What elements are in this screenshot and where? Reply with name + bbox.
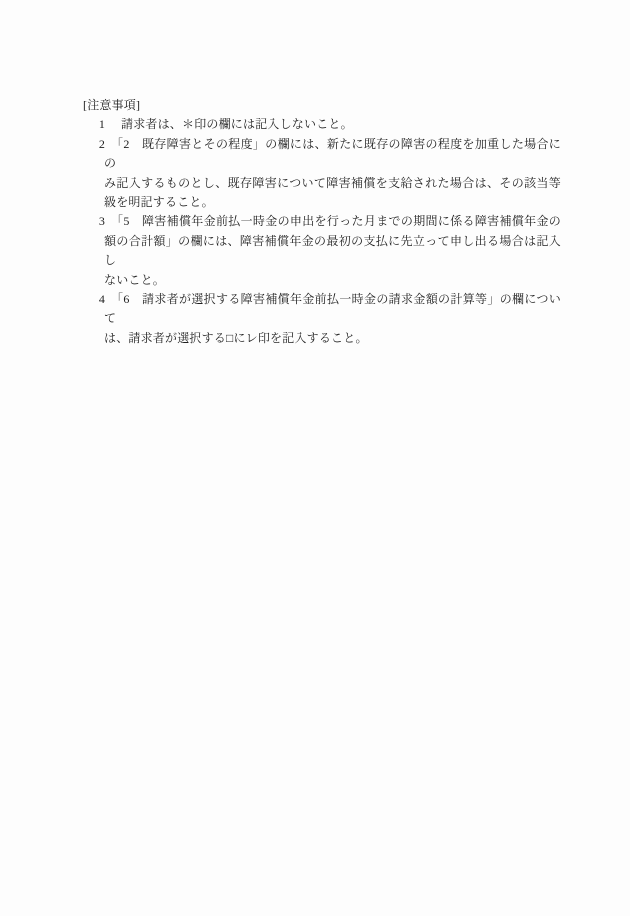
note-item-number: 1 — [95, 115, 109, 134]
document-page: [注意事項] 1 請求者は、＊印の欄には記入しないこと。 2 「2 既存障害とそ… — [0, 0, 630, 916]
note-line: 「6 請求者が選択する障害補償年金前払一時金の請求金額の計算等」の欄について — [104, 290, 561, 329]
note-item-4: 4 「6 請求者が選択する障害補償年金前払一時金の請求金額の計算等」の欄について… — [0, 290, 630, 348]
note-item-number: 4 — [95, 290, 109, 309]
note-item-text: 請求者は、＊印の欄には記入しないこと。 — [104, 115, 561, 134]
note-item-number: 2 — [95, 135, 109, 154]
notice-section: [注意事項] 1 請求者は、＊印の欄には記入しないこと。 2 「2 既存障害とそ… — [0, 0, 630, 348]
note-line: 請求者は、＊印の欄には記入しないこと。 — [104, 115, 561, 134]
note-item-number: 3 — [95, 212, 109, 231]
note-line: み記入するものとし、既存障害について障害補償を支給された場合は、その該当等 — [104, 174, 561, 193]
note-line: 「2 既存障害とその程度」の欄には、新たに既存の障害の程度を加重した場合にの — [104, 135, 561, 174]
note-line: 額の合計額」の欄には、障害補償年金の最初の支払に先立って申し出る場合は記入し — [104, 232, 561, 271]
note-item-text: 「6 請求者が選択する障害補償年金前払一時金の請求金額の計算等」の欄について は… — [104, 290, 561, 348]
note-line: 級を明記すること。 — [104, 193, 561, 212]
note-item-1: 1 請求者は、＊印の欄には記入しないこと。 — [0, 115, 630, 134]
note-line: 「5 障害補償年金前払一時金の申出を行った月までの期間に係る障害補償年金の — [104, 212, 561, 231]
note-line: ないこと。 — [104, 271, 561, 290]
notice-title: [注意事項] — [83, 96, 630, 115]
note-item-text: 「2 既存障害とその程度」の欄には、新たに既存の障害の程度を加重した場合にの み… — [104, 135, 561, 213]
note-item-2: 2 「2 既存障害とその程度」の欄には、新たに既存の障害の程度を加重した場合にの… — [0, 135, 630, 213]
note-line: は、請求者が選択する□にレ印を記入すること。 — [104, 329, 561, 348]
note-item-3: 3 「5 障害補償年金前払一時金の申出を行った月までの期間に係る障害補償年金の … — [0, 212, 630, 290]
note-item-text: 「5 障害補償年金前払一時金の申出を行った月までの期間に係る障害補償年金の 額の… — [104, 212, 561, 290]
